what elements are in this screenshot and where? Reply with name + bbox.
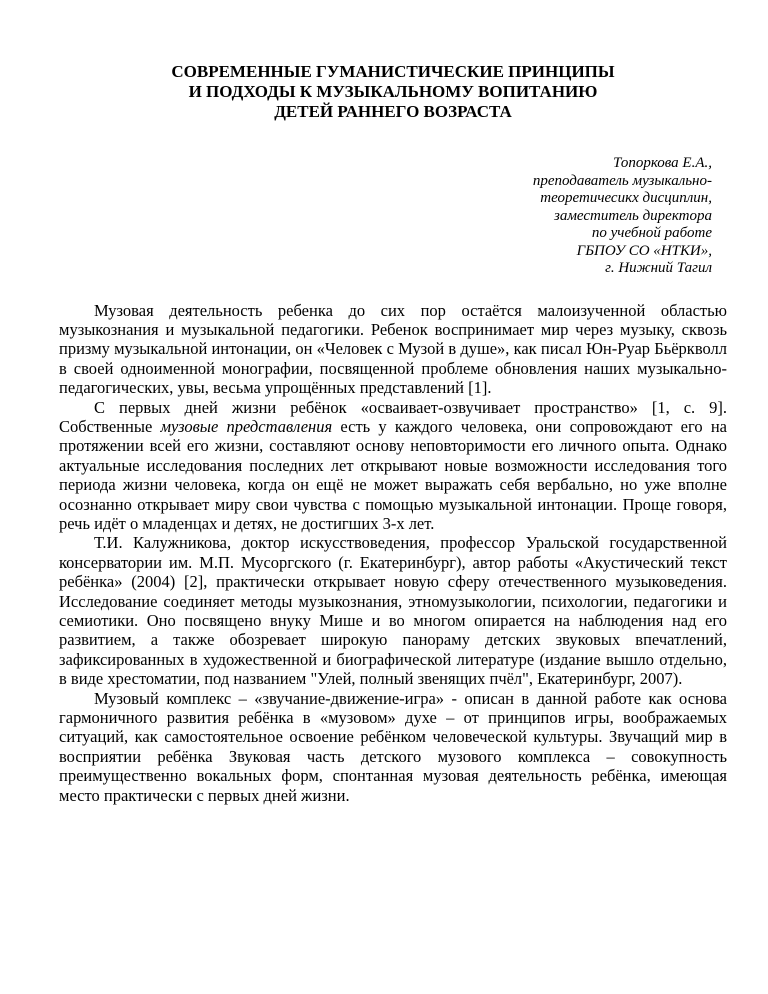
author-position-line-4: по учебной работе xyxy=(59,225,712,243)
paragraph-2-italic-term: музовые представления xyxy=(161,417,333,436)
article-title-line-1: СОВРЕМЕННЫЕ ГУМАНИСТИЧЕСКИЕ ПРИНЦИПЫ xyxy=(59,62,727,82)
paragraph-4: Музовый комплекс – «звучание-движение-иг… xyxy=(59,689,727,805)
paragraph-3-text: Т.И. Калужникова, доктор искусствоведени… xyxy=(59,533,727,688)
paragraph-1-text: Музовая деятельность ребенка до сих пор … xyxy=(59,301,727,398)
author-position-line-3: заместитель директора xyxy=(59,208,712,226)
author-position-line-1: преподаватель музыкально- xyxy=(59,173,712,191)
author-block: Топоркова Е.А., преподаватель музыкально… xyxy=(59,155,712,278)
author-city: г. Нижний Тагил xyxy=(59,260,712,278)
paragraph-3: Т.И. Калужникова, доктор искусствоведени… xyxy=(59,533,727,688)
author-institution: ГБПОУ СО «НТКИ», xyxy=(59,243,712,261)
document-page: СОВРЕМЕННЫЕ ГУМАНИСТИЧЕСКИЕ ПРИНЦИПЫ И П… xyxy=(0,0,768,994)
author-name: Топоркова Е.А., xyxy=(59,155,712,173)
paragraph-4-text: Музовый комплекс – «звучание-движение-иг… xyxy=(59,689,727,805)
article-title: СОВРЕМЕННЫЕ ГУМАНИСТИЧЕСКИЕ ПРИНЦИПЫ И П… xyxy=(59,62,727,122)
paragraph-1: Музовая деятельность ребенка до сих пор … xyxy=(59,301,727,398)
article-title-line-2: И ПОДХОДЫ К МУЗЫКАЛЬНОМУ ВОПИТАНИЮ xyxy=(59,82,727,102)
article-body: Музовая деятельность ребенка до сих пор … xyxy=(59,301,727,806)
author-position-line-2: теоретичесикх дисциплин, xyxy=(59,190,712,208)
article-title-line-3: ДЕТЕЙ РАННЕГО ВОЗРАСТА xyxy=(59,102,727,122)
paragraph-2: С первых дней жизни ребёнок «осваивает-о… xyxy=(59,398,727,534)
